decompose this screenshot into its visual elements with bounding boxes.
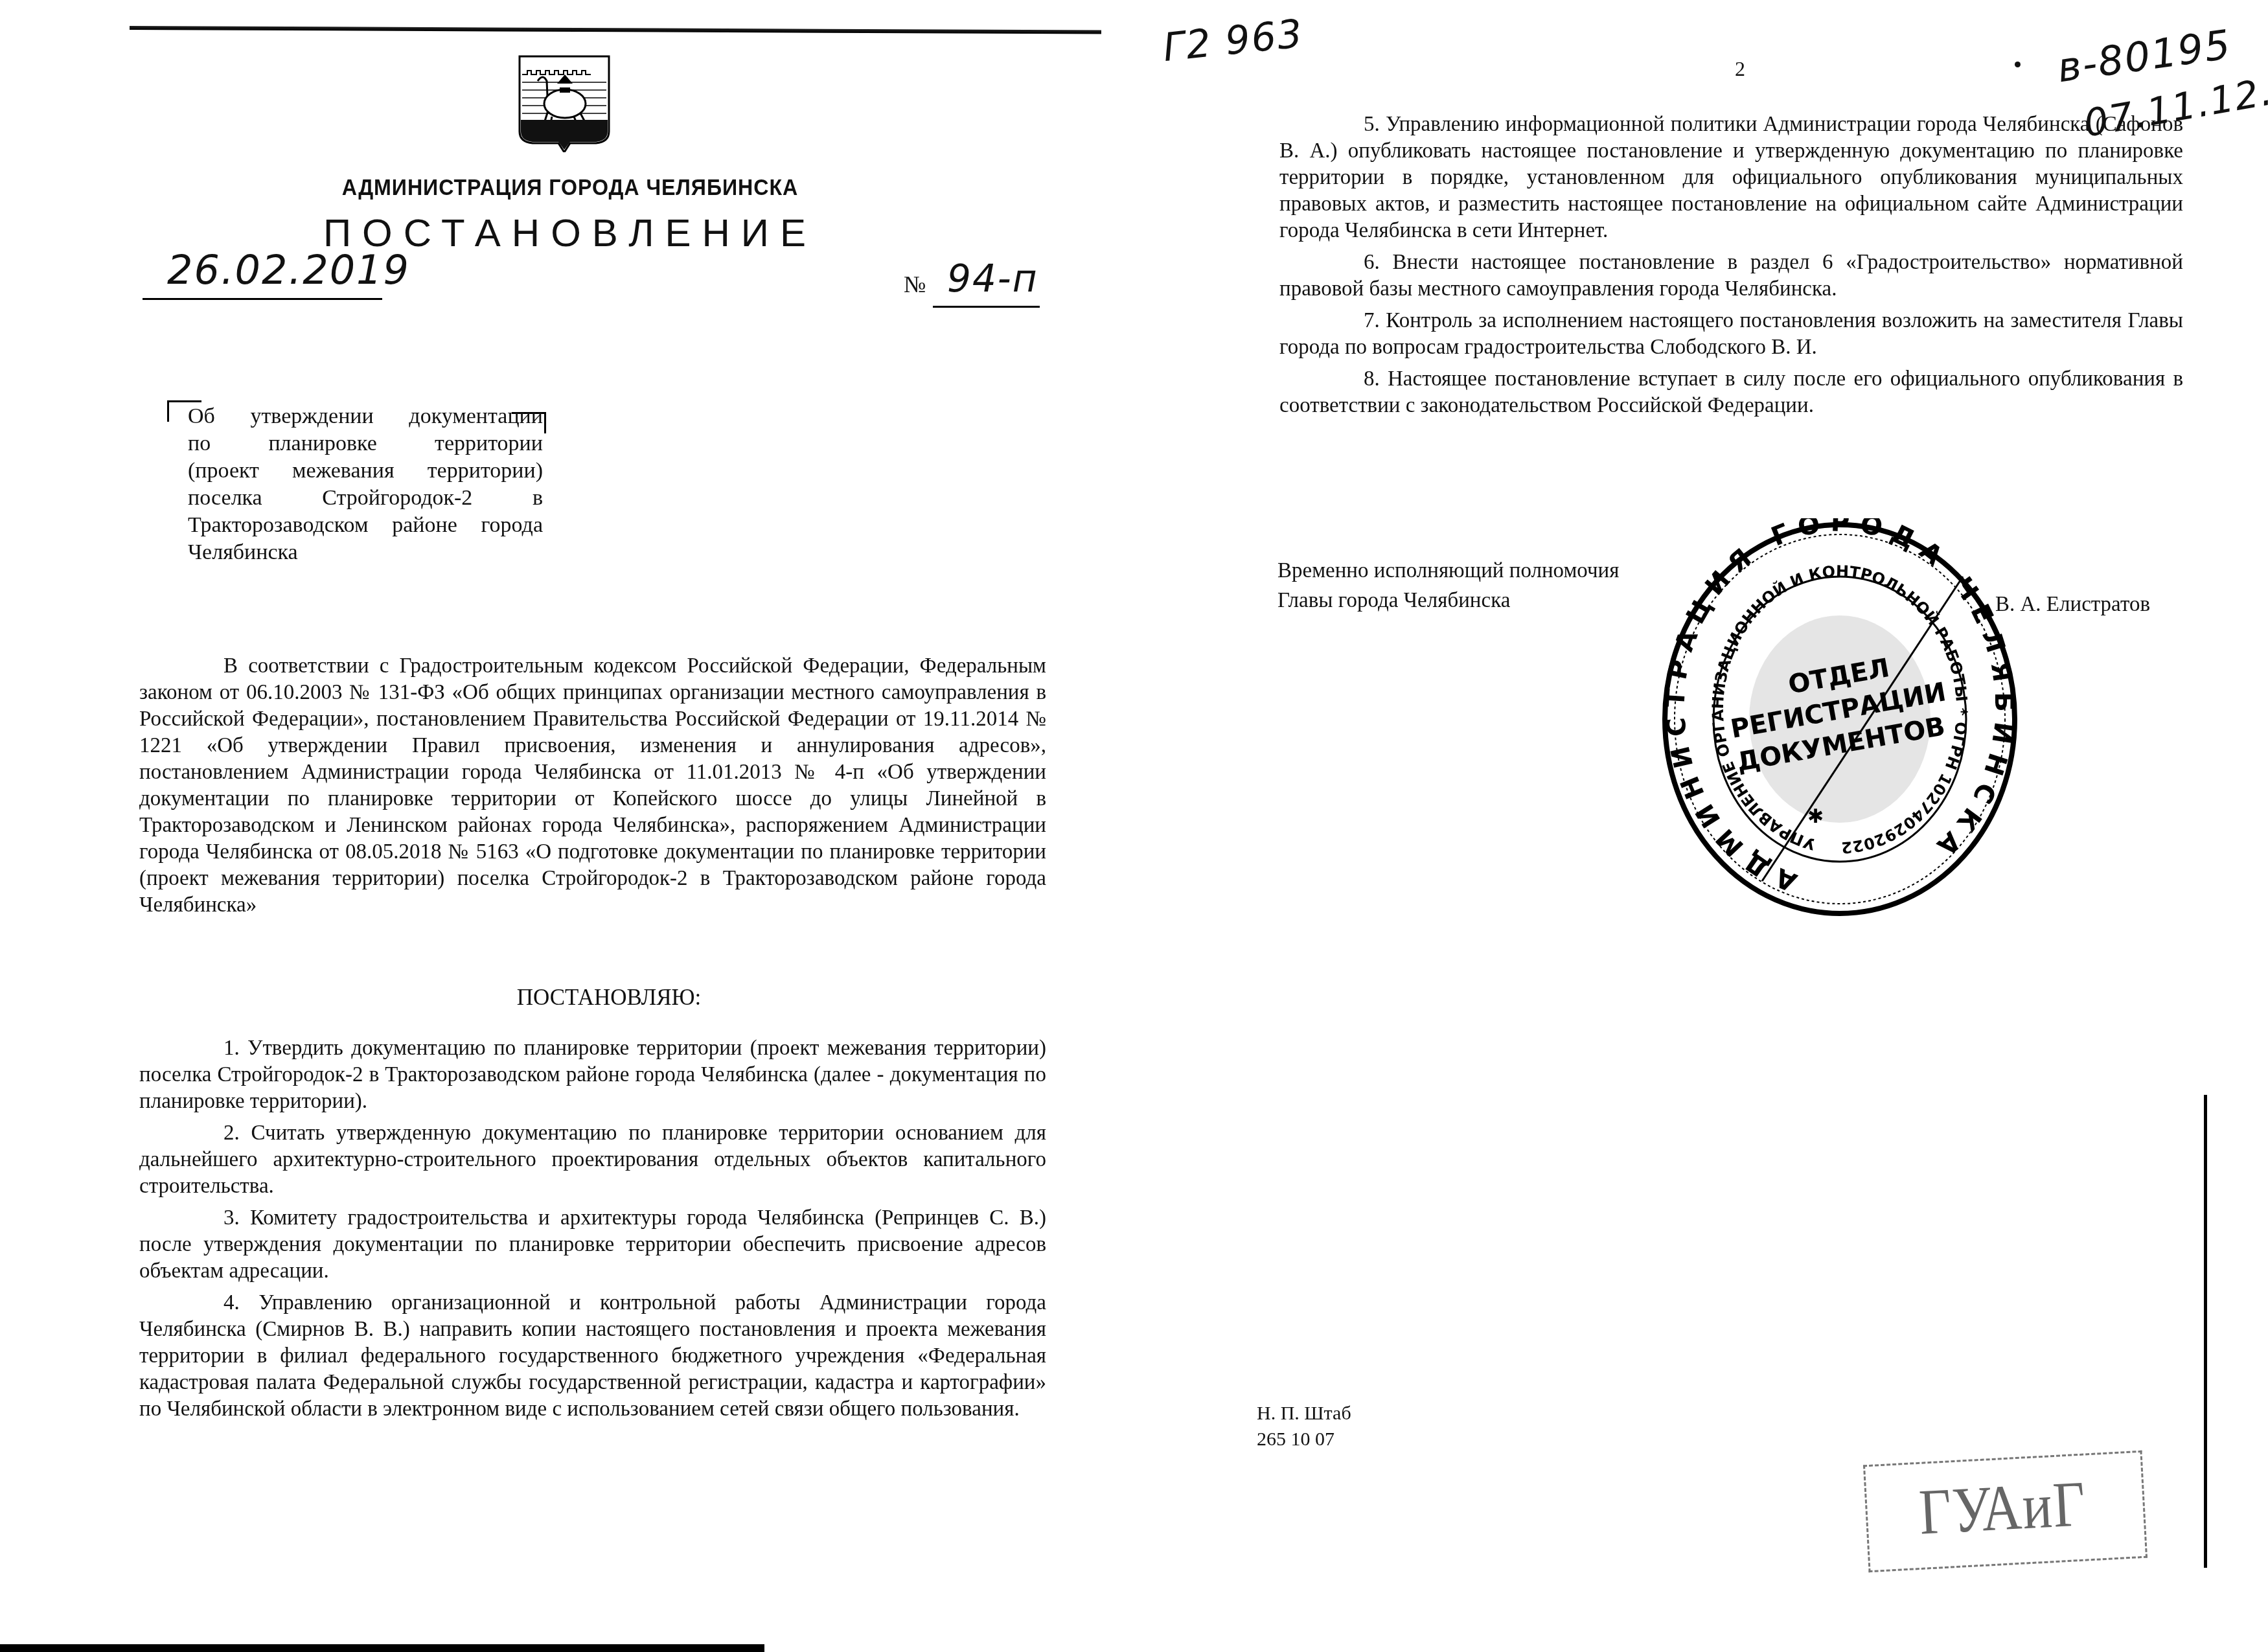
list-item: 3. Комитету градостроительства и архитек… (139, 1205, 1046, 1285)
preamble: В соответствии с Градостроительным кодек… (139, 653, 1046, 919)
title-line: Челябинска (188, 539, 543, 566)
list-item: 7. Контроль за исполнением настоящего по… (1279, 308, 2183, 361)
executor-name: Н. П. Штаб (1257, 1401, 1351, 1427)
title-line: поселка Стройгородок-2 в (188, 485, 543, 512)
preamble-text: В соответствии с Градостроительным кодек… (139, 653, 1046, 919)
item-2: 2. Считать утвержденную документацию по … (139, 1120, 1046, 1200)
coat-of-arms-icon (518, 55, 610, 152)
list-item: 5. Управлению информационной политики Ад… (1279, 111, 2183, 244)
page-number: 2 (1735, 57, 1745, 81)
title-line: Тракторозаводском районе города (188, 512, 543, 539)
item-3: 3. Комитету градостроительства и архитек… (139, 1205, 1046, 1285)
items-page-2: 5. Управлению информационной политики Ад… (1279, 111, 2183, 424)
signer-title-line-2: Главы города Челябинска (1277, 586, 1619, 615)
handwritten-note-registration: Г2 963 (1161, 11, 1305, 71)
document-number: 94-п (947, 257, 1038, 301)
scan-bottom-band (0, 1644, 764, 1652)
document-date: 26.02.2019 (167, 246, 410, 293)
signer-title-line-1: Временно исполняющий полномочия (1277, 556, 1619, 586)
scan-right-rule (2204, 1095, 2207, 1568)
list-item: 8. Настоящее постановление вступает в си… (1279, 366, 2183, 419)
item-5: 5. Управлению информационной политики Ад… (1279, 111, 2183, 244)
list-item: 4. Управлению организационной и контроль… (139, 1290, 1046, 1423)
executor-phone: 265 10 07 (1257, 1427, 1351, 1452)
scan-top-rule (130, 26, 1101, 34)
decree-heading: ПОСТАНОВЛЯЮ: (415, 985, 803, 1011)
items-page-1: 1. Утвердить документацию по планировке … (139, 1035, 1046, 1428)
item-4: 4. Управлению организационной и контроль… (139, 1290, 1046, 1423)
item-7: 7. Контроль за исполнением настоящего по… (1279, 308, 2183, 361)
title-line: по планировке территории (188, 430, 543, 457)
title-line: (проект межевания территории) (188, 457, 543, 485)
list-item: 2. Считать утвержденную документацию по … (139, 1120, 1046, 1200)
list-item: 6. Внести настоящее постановление в разд… (1279, 249, 2183, 303)
signer-title: Временно исполняющий полномочия Главы го… (1277, 556, 1619, 615)
organization-name: АДМИНИСТРАЦИЯ ГОРОДА ЧЕЛЯБИНСКА (296, 175, 844, 201)
item-1: 1. Утвердить документацию по планировке … (139, 1035, 1046, 1115)
official-seal-icon: АДМИНИСТРАЦИЯ ГОРОДА ЧЕЛЯБИНСКА УПРАВЛЕН… (1658, 518, 2021, 920)
item-8: 8. Настоящее постановление вступает в си… (1279, 366, 2183, 419)
executor-info: Н. П. Штаб 265 10 07 (1257, 1401, 1351, 1452)
department-stamp-text: ГУАиГ (1918, 1466, 2087, 1549)
handwritten-dot (2015, 62, 2021, 67)
number-label: № (904, 271, 926, 298)
document-title: Об утверждении документации по планировк… (188, 403, 543, 566)
title-line: Об утверждении документации (188, 403, 543, 430)
item-6: 6. Внести настоящее постановление в разд… (1279, 249, 2183, 303)
list-item: 1. Утвердить документацию по планировке … (139, 1035, 1046, 1115)
